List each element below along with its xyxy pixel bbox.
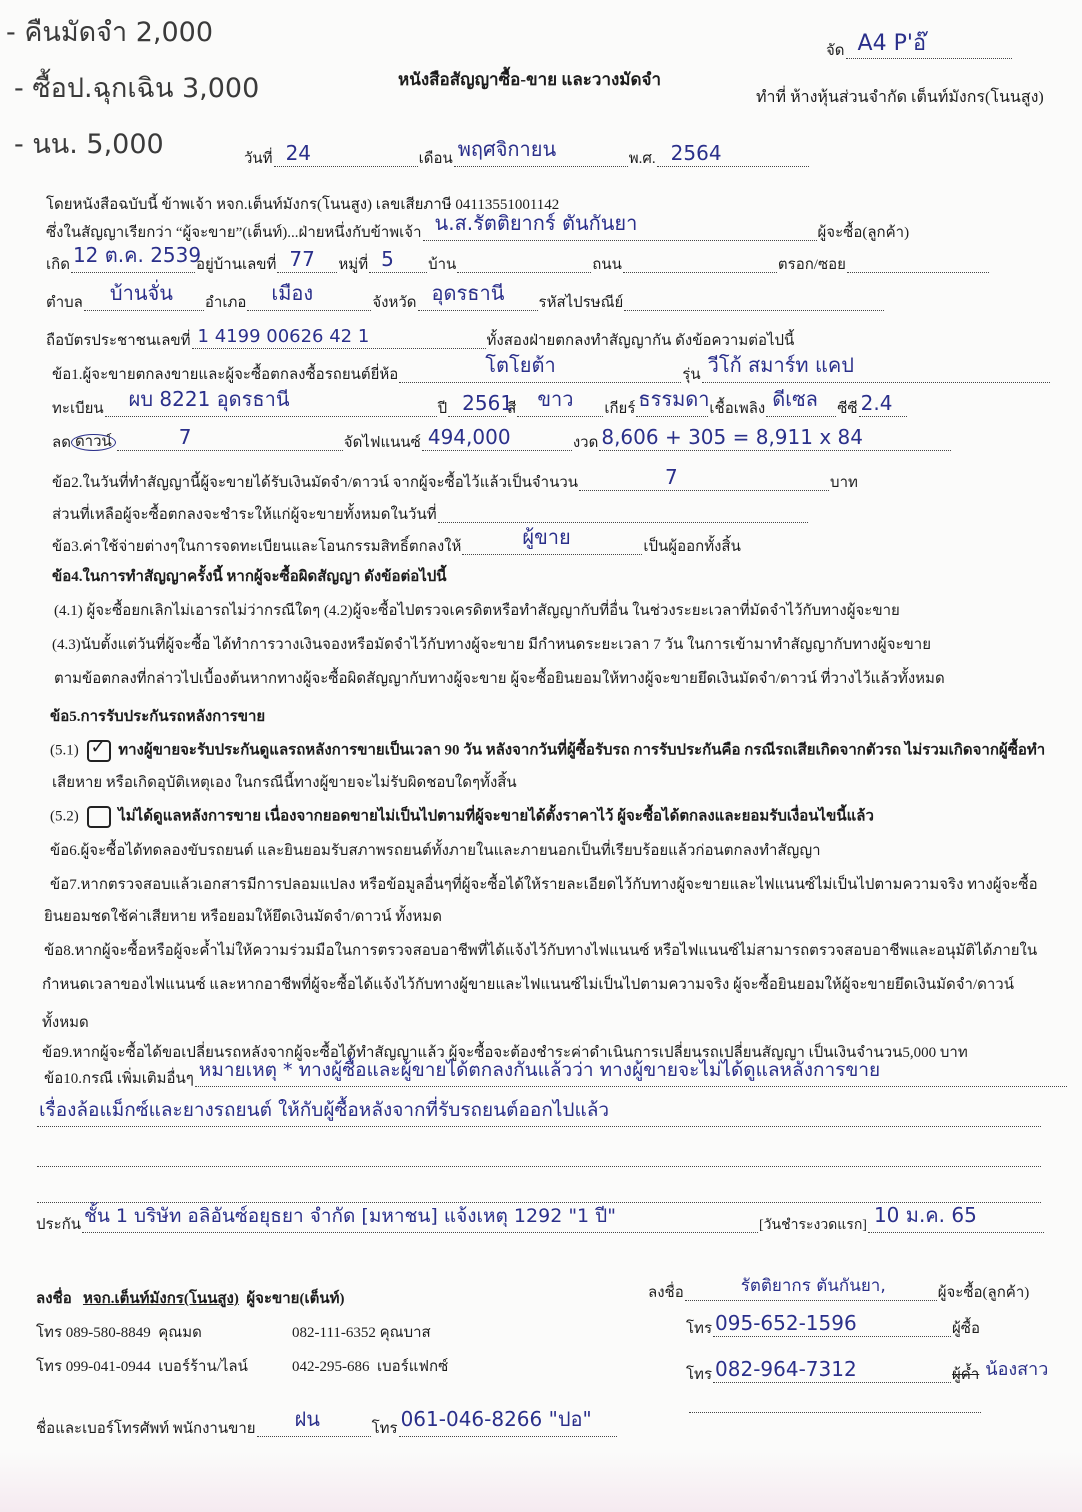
- insurance-label: ประกัน: [36, 1218, 81, 1233]
- tambon-label: ตำบล: [46, 296, 83, 311]
- warranty-option-1: (5.1) ทางผู้ขายจะรับประกันดูแลรถหลังการข…: [50, 740, 1045, 762]
- clause8-line: ทั้งหมด: [42, 1016, 89, 1031]
- seller-name: หจก.เต็นท์มังกร(โนนสูง): [83, 1291, 239, 1307]
- clause1-row-2: ทะเบียน ผบ 8221 อุดรธานี ปี 2561 สี ขาว …: [52, 398, 908, 417]
- option-number: (5.2): [50, 808, 79, 824]
- born-value: 12 ต.ค. 2539: [73, 239, 201, 271]
- house-no-value: 77: [289, 247, 314, 271]
- first-payment-label: [วันชำระงวดแรก]: [759, 1219, 867, 1233]
- sign-label: ลงชื่อ: [36, 1291, 72, 1307]
- clause10-row-1: ข้อ10.กรณี เพิ่มเติมอื่นๆ หมายเหตุ * ทาง…: [44, 1068, 1068, 1087]
- phone-contact: คุณมด: [158, 1325, 202, 1341]
- id-value: 1 4199 00626 42 1: [198, 326, 370, 347]
- seller-signature: ลงชื่อ หจก.เต็นท์มังกร(โนนสูง) ผู้จะขาย(…: [36, 1292, 344, 1307]
- soi-label: ตรอก/ซอย: [778, 258, 846, 273]
- phone-number[interactable]: 082-111-6352: [292, 1325, 376, 1341]
- seller-role: ผู้จะขาย(เต็นท์): [246, 1291, 344, 1307]
- cc-value: 2.4: [861, 391, 893, 415]
- relative-role: น้องสาว: [985, 1354, 1048, 1383]
- salesperson-name: ฝน: [295, 1403, 320, 1435]
- phone-label: โทร: [372, 1422, 398, 1437]
- phone-label: โทร: [686, 1322, 712, 1337]
- year-value: 2564: [671, 141, 722, 165]
- ref-field: จัด A4 P'อ๊: [826, 40, 1013, 59]
- clause1-row-1: ข้อ1.ผู้จะขายตกลงขายและผู้จะซื้อตกลงซื้อ…: [52, 364, 1051, 383]
- seller-phone: โทร 099-041-0944 เบอร์ร้าน/ไลน์: [36, 1360, 248, 1375]
- clause7-line: ข้อ7.หากตรวจสอบแล้วเอกสารมีการปลอมแปลง ห…: [50, 878, 1038, 893]
- car-year-value: 2561: [462, 391, 513, 415]
- warranty-90-days-checkbox[interactable]: [87, 740, 111, 762]
- model-label: รุ่น: [682, 368, 700, 383]
- ref-label: จัด: [826, 44, 845, 59]
- no-warranty-checkbox[interactable]: [87, 806, 111, 828]
- phone-role: ผู้ซื้อ: [952, 1322, 980, 1337]
- clause10-row-3: [36, 1148, 1042, 1167]
- buyer-phone: 095-652-1596: [715, 1311, 857, 1335]
- clause3-suffix: เป็นผู้ออกทั้งสิ้น: [643, 540, 740, 555]
- margin-note: - คืนมัดจำ 2,000: [6, 10, 213, 53]
- id-label: ถือบัตรประชาชนเลขที่: [46, 334, 191, 349]
- id-suffix: ทั้งสองฝ่ายตกลงทำสัญญากัน ดังข้อความต่อไ…: [487, 334, 795, 349]
- salesperson-phone: 061-046-8266 "ปอ": [401, 1403, 592, 1435]
- clause10-row-2: เรื่องล้อแม็กซ์และยางรถยนต์ ให้กับผู้ซื้…: [36, 1108, 1042, 1127]
- plate-label: ทะเบียน: [52, 402, 104, 417]
- month-value: พฤศจิกายน: [458, 133, 556, 165]
- clause2-label: ข้อ2.ในวันที่ทำสัญญานี้ผู้จะขายได้รับเงิ…: [52, 476, 578, 491]
- document-title: หนังสือสัญญาซื้อ-ขาย และวางมัดจำ: [398, 66, 661, 93]
- warranty-option-1-cont: เสียหาย หรือเกิดอุบัติเหตุเอง ในกรณีนี้ท…: [52, 776, 517, 791]
- buyer-role-label: ผู้จะซื้อ(ลูกค้า): [818, 226, 910, 241]
- buyer-role: ผู้จะซื้อ(ลูกค้า): [938, 1286, 1030, 1301]
- amphoe-value: เมือง: [271, 277, 313, 309]
- cc-label: ซีซี: [837, 402, 857, 417]
- made-at: ทำที่ ห้างหุ้นส่วนจำกัด เต็นท์มังกร(โนนส…: [756, 90, 1044, 106]
- paper-shadow: [0, 1452, 1082, 1512]
- clause1-row-3: ลด ดาวน์ 7 จัดไฟแนนซ์ 494,000 งวด 8,606 …: [52, 432, 952, 451]
- plate-value: ผบ 8221 อุดรธานี: [129, 383, 290, 415]
- phone-contact: คุณบาส: [380, 1325, 431, 1341]
- clause2-row: ข้อ2.ในวันที่ทำสัญญานี้ผู้จะขายได้รับเงิ…: [52, 472, 858, 491]
- ref-value: A4 P'อ๊: [858, 25, 927, 60]
- deposit-amount: 7: [665, 465, 678, 489]
- moo-value: 5: [381, 247, 394, 271]
- relative-phone: 082-964-7312: [715, 1357, 857, 1381]
- expense-payer: ผู้ขาย: [522, 521, 570, 553]
- contract-document: - คืนมัดจำ 2,000 - ซื้อป.ฉุกเฉิน 3,000 -…: [0, 0, 1082, 1512]
- margin-note: - นน. 5,000: [14, 122, 164, 165]
- road-label: ถนน: [592, 258, 622, 273]
- phone-contact: เบอร์แฟกซ์: [377, 1359, 448, 1375]
- down-value: 7: [179, 425, 192, 449]
- struck-role: ผู้ค้ำ: [952, 1368, 979, 1383]
- phone-number[interactable]: 089-580-8849: [66, 1325, 151, 1341]
- color-value: ขาว: [537, 383, 573, 415]
- down-label-circled: ดาวน์: [71, 434, 116, 451]
- insurance-row: ประกัน ชั้น 1 บริษัท อลิอันซ์อยุธยา จำกั…: [36, 1214, 1045, 1233]
- year-label: ปี: [438, 402, 448, 417]
- born-label: เกิด: [46, 258, 70, 273]
- installment-label: งวด: [573, 436, 599, 451]
- clause6: ข้อ6.ผู้จะซื้อได้ทดลองขับรถยนต์ และยินยอ…: [50, 844, 821, 859]
- seller-phone: 082-111-6352 คุณบาส: [292, 1326, 431, 1341]
- province-value: อุดรธานี: [432, 277, 505, 309]
- clause7-line: ยินยอมชดใช้ค่าเสียหาย หรือยอมให้ยึดเงินม…: [44, 910, 442, 925]
- seller-phone: โทร 089-580-8849 คุณมด: [36, 1326, 202, 1341]
- clause8-line: กำหนดเวลาของไฟแนนซ์ และหากอาชีพที่ผู้จะซ…: [42, 978, 1014, 993]
- buyer-signature-row: ลงชื่อ รัตติยากร ตันกันยา, ผู้จะซื้อ(ลูก…: [648, 1282, 1029, 1301]
- address-row-1: เกิด 12 ต.ค. 2539 อยู่บ้านเลขที่ 77 หมู่…: [46, 254, 990, 273]
- warranty-option-2: (5.2) ไม่ได้ดูแลหลังการขาย เนื่องจากยอดข…: [50, 806, 874, 828]
- phone-number[interactable]: 042-295-686: [292, 1359, 370, 1375]
- moo-label: หมู่ที่: [338, 258, 368, 273]
- option-text: ไม่ได้ดูแลหลังการขาย เนื่องจากยอดขายไม่เ…: [118, 808, 874, 824]
- year-label: พ.ศ.: [629, 152, 656, 167]
- option-number: (5.1): [50, 742, 79, 758]
- clause4-line: (4.1) ผู้จะซื้อยกเลิกไม่เอารถไม่ว่ากรณีใ…: [54, 604, 900, 619]
- clause5-title: ข้อ5.การรับประกันรถหลังการขาย: [50, 710, 265, 725]
- id-row: ถือบัตรประชาชนเลขที่ 1 4199 00626 42 1 ท…: [46, 330, 794, 349]
- address-row-2: ตำบล บ้านจั่น อำเภอ เมือง จังหวัด อุดรธา…: [46, 292, 885, 311]
- phone-prefix: โทร: [36, 1325, 62, 1341]
- first-payment-value: 10 ม.ค. 65: [874, 1199, 977, 1231]
- buyer-phone-row: โทร 095-652-1596 ผู้ซื้อ: [686, 1318, 980, 1337]
- house-no-label: อยู่บ้านเลขที่: [196, 258, 276, 273]
- guarantor-phone-row: โทร 082-964-7312 ผู้ค้ำ น้องสาว: [686, 1354, 1048, 1383]
- fuel-value: ดีเซล: [772, 383, 818, 415]
- clause3-row: ข้อ3.ค่าใช้จ่ายต่างๆในการจดทะเบียนและโอน…: [52, 536, 741, 555]
- clause1-label: ข้อ1.ผู้จะขายตกลงขายและผู้จะซื้อตกลงซื้อ…: [52, 368, 398, 383]
- remark-line: เรื่องล้อแม็กซ์และยางรถยนต์ ให้กับผู้ซื้…: [39, 1095, 609, 1125]
- salesperson-row: ชื่อและเบอร์โทรศัพท์ พนักงานขาย ฝน โทร 0…: [36, 1418, 618, 1437]
- down-label-prefix: ลด: [52, 436, 71, 451]
- postcode-label: รหัสไปรษณีย์: [539, 296, 624, 311]
- margin-note: - ซื้อป.ฉุกเฉิน 3,000: [14, 66, 259, 109]
- remark-line: หมายเหตุ * ทางผู้ซื้อและผู้ขายได้ตกลงกัน…: [199, 1055, 880, 1085]
- clause3-label: ข้อ3.ค่าใช้จ่ายต่างๆในการจดทะเบียนและโอน…: [52, 540, 461, 555]
- clause4-title: ข้อ4.ในการทำสัญญาครั้งนี้ หากผู้จะซื้อผิ…: [52, 570, 447, 585]
- fuel-label: เชื้อเพลิง: [709, 402, 765, 417]
- clause10-label: ข้อ10.กรณี เพิ่มเติมอื่นๆ: [44, 1072, 194, 1087]
- seller-phone: 042-295-686 เบอร์แฟกซ์: [292, 1360, 448, 1375]
- finance-label: จัดไฟแนนซ์: [344, 436, 421, 451]
- gear-label: เกียร์: [604, 402, 635, 417]
- clause4-line: (4.3)นับตั้งแต่วันที่ผู้จะซื้อ ได้ทำการว…: [52, 638, 931, 653]
- province-label: จังหวัด: [372, 296, 416, 311]
- day-value: 24: [286, 141, 311, 165]
- option-text: ทางผู้ขายจะรับประกันดูแลรถหลังการขายเป็น…: [118, 742, 1045, 758]
- buyer-signature: รัตติยากร ตันกันยา,: [741, 1272, 886, 1299]
- installment-value: 8,606 + 305 = 8,911 x 84: [601, 425, 863, 449]
- clause4-line: ตามข้อตกลงที่กล่าวไปเบื้องต้นหากทางผู้จะ…: [54, 672, 945, 687]
- phone-contact: เบอร์ร้าน/ไลน์: [158, 1359, 248, 1375]
- amphoe-label: อำเภอ: [205, 296, 246, 311]
- model-value: วีโก้ สมาร์ท แคป: [708, 349, 854, 381]
- brand-value: โตโยต้า: [485, 349, 555, 381]
- phone-number[interactable]: 099-041-0944: [66, 1359, 151, 1375]
- salesperson-label: ชื่อและเบอร์โทรศัพท์ พนักงานขาย: [36, 1422, 256, 1437]
- buyer-extra-row: [688, 1394, 982, 1413]
- buyer-name-value: น.ส.รัตติยากร์ ตันกันยา: [435, 207, 638, 239]
- finance-value: 494,000: [428, 425, 511, 449]
- sign-label: ลงชื่อ: [648, 1286, 684, 1301]
- date-row: วันที่ 24 เดือน พฤศจิกายน พ.ศ. 2564: [244, 148, 810, 167]
- day-label: วันที่: [244, 152, 273, 167]
- month-label: เดือน: [419, 152, 453, 167]
- gear-value: ธรรมดา: [638, 383, 709, 415]
- clause8-line: ข้อ8.หากผู้จะซื้อหรือผู้จะค้ำไม่ให้ความร…: [44, 944, 1037, 959]
- phone-prefix: โทร: [36, 1359, 62, 1375]
- village-label: บ้าน: [428, 258, 456, 273]
- remaining-label: ส่วนที่เหลือผู้จะซื้อตกลงจะชำระให้แก่ผู้…: [52, 508, 437, 523]
- insurance-value: ชั้น 1 บริษัท อลิอันซ์อยุธยา จำกัด [มหาช…: [84, 1201, 616, 1231]
- baht-label: บาท: [830, 476, 858, 491]
- tambon-value: บ้านจั่น: [110, 277, 173, 309]
- phone-label: โทร: [686, 1368, 712, 1383]
- clause2-remaining-row: ส่วนที่เหลือผู้จะซื้อตกลงจะชำระให้แก่ผู้…: [52, 504, 809, 523]
